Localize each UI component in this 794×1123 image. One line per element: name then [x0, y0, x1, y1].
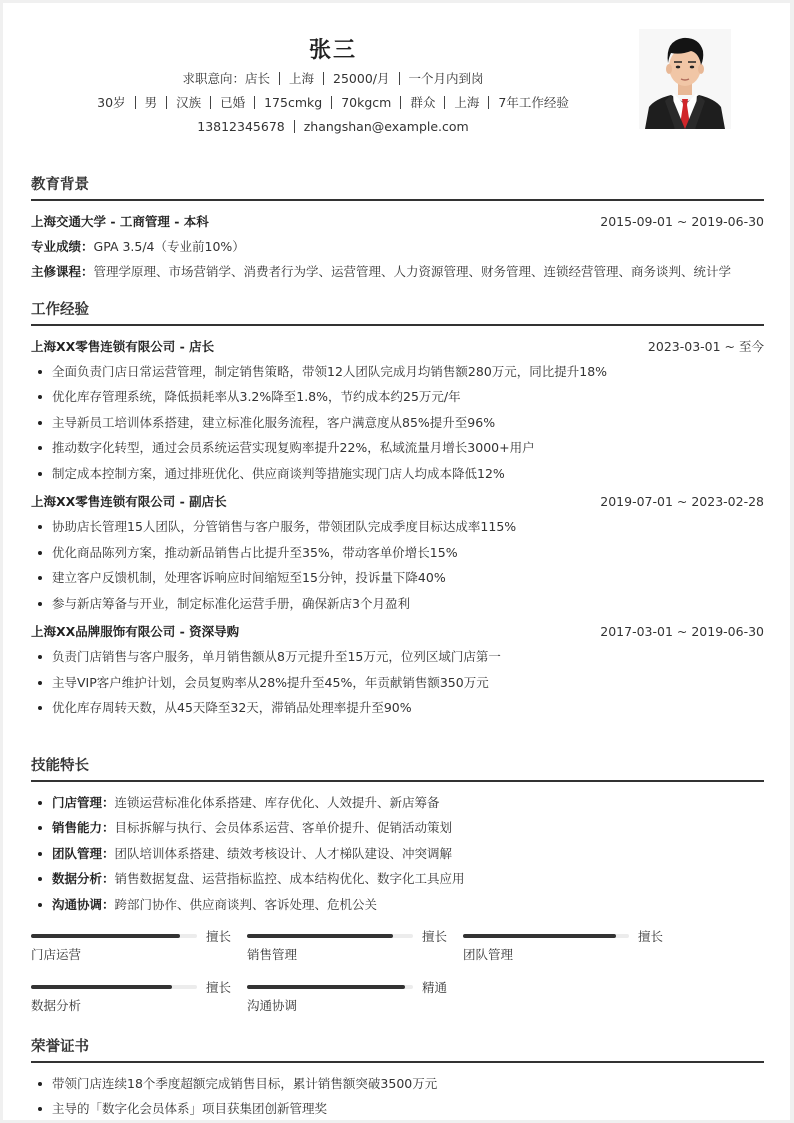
skill-bar: 精通 沟通协调 — [247, 979, 447, 1019]
intent-city: 上海 — [289, 71, 314, 86]
divider — [323, 72, 324, 85]
avatar-icon — [639, 29, 731, 129]
progress-track — [463, 934, 629, 938]
info-height: 175cmkg — [264, 95, 322, 110]
skill-bars: 擅长 门店运营 擅长 销售管理 擅长 团队管理 擅长 数据分析 精通 沟通协调 — [31, 928, 764, 1018]
list-item: 主导新员工培训体系搭建，建立标准化服务流程，客户满意度从85%提升至96% — [31, 410, 764, 436]
list-item: 门店管理：连锁运营标准化体系搭建、库存优化、人效提升、新店筹备 — [31, 790, 764, 816]
skill-name: 销售管理 — [247, 945, 297, 963]
skill-name: 门店运营 — [31, 945, 81, 963]
section-divider — [31, 780, 764, 782]
list-item: 主导VIP客户维护计划，会员复购率从28%提升至45%，年贡献销售额350万元 — [31, 670, 764, 696]
skill-label: 数据分析： — [52, 871, 115, 886]
skill-label: 销售能力： — [52, 820, 115, 835]
courses-value: 管理学原理、市场营销学、消费者行为学、运营管理、人力资源管理、财务管理、连锁经营… — [94, 264, 732, 279]
list-item: 沟通协调：跨部门协作、供应商谈判、客诉处理、危机公关 — [31, 892, 764, 918]
list-item: 数据分析：销售数据复盘、运营指标监控、成本结构优化、数字化工具应用 — [31, 866, 764, 892]
skill-bar: 擅长 门店运营 — [31, 928, 231, 968]
job-header: 上海XX零售连锁有限公司 - 副店长 2019-07-01 ~ 2023-02-… — [31, 489, 764, 514]
section-title-work: 工作经验 — [31, 299, 764, 321]
info-location: 上海 — [454, 95, 479, 110]
progress-track — [31, 934, 197, 938]
list-item: 优化库存周转天数，从45天降至32天，滞销品处理率提升至90% — [31, 695, 764, 721]
info-political: 群众 — [410, 95, 435, 110]
skill-value: 销售数据复盘、运营指标监控、成本结构优化、数字化工具应用 — [115, 871, 465, 886]
skill-value: 跨部门协作、供应商谈判、客诉处理、危机公关 — [115, 897, 378, 912]
divider — [294, 120, 295, 133]
skill-name: 沟通协调 — [247, 996, 297, 1014]
info-age: 30岁 — [97, 95, 125, 110]
job-bullets: 全面负责门店日常运营管理，制定销售策略，带领12人团队完成月均销售额280万元，… — [31, 359, 764, 487]
skill-label: 沟通协调： — [52, 897, 115, 912]
list-item: 建立客户反馈机制，处理客诉响应时间缩短至15分钟，投诉量下降40% — [31, 565, 764, 591]
personal-info-line: 30岁男汉族已婚175cmkg70kgcm群众上海7年工作经验 — [3, 94, 663, 112]
skill-bar: 擅长 销售管理 — [247, 928, 447, 968]
job-header: 上海XX品牌服饰有限公司 - 资深导购 2017-03-01 ~ 2019-06… — [31, 619, 764, 644]
gpa-line: 专业成绩：GPA 3.5/4（专业前10%） — [31, 234, 764, 259]
divider — [488, 96, 489, 109]
divider — [135, 96, 136, 109]
skill-level: 擅长 — [206, 978, 231, 996]
list-item: 团队管理：团队培训体系搭建、绩效考核设计、人才梯队建设、冲突调解 — [31, 841, 764, 867]
phone-number: 13812345678 — [197, 119, 284, 134]
progress-track — [247, 985, 413, 989]
honor-list: 带领门店连续18个季度超额完成销售目标，累计销售额突破3500万元 主导的「数字… — [31, 1071, 764, 1121]
list-item: 主导的「数字化会员体系」项目获集团创新管理奖 — [31, 1096, 764, 1120]
progress-fill — [31, 985, 172, 989]
list-item: 销售能力：目标拆解与执行、会员体系运营、客单价提升、促销活动策划 — [31, 815, 764, 841]
resume-header: 张三 求职意向：店长上海25000/月一个月内到岗 30岁男汉族已婚175cmk… — [3, 3, 790, 153]
job-bullets: 负责门店销售与客户服务，单月销售额从8万元提升至15万元，位列区域门店第一 主导… — [31, 644, 764, 721]
skill-level: 精通 — [422, 978, 447, 996]
section-divider — [31, 1061, 764, 1063]
courses-label: 主修课程： — [31, 264, 94, 279]
list-item: 带领门店连续18个季度超额完成销售目标，累计销售额突破3500万元 — [31, 1071, 764, 1097]
honors-section: 荣誉证书 带领门店连续18个季度超额完成销售目标，累计销售额突破3500万元 主… — [31, 1036, 764, 1120]
divider — [400, 96, 401, 109]
skill-label: 门店管理： — [52, 795, 115, 810]
divider — [166, 96, 167, 109]
info-ethnicity: 汉族 — [176, 95, 201, 110]
section-divider — [31, 324, 764, 326]
skill-bar: 擅长 数据分析 — [31, 979, 231, 1019]
job-dates: 2017-03-01 ~ 2019-06-30 — [600, 619, 764, 644]
skill-level: 擅长 — [422, 927, 447, 945]
skill-level: 擅长 — [638, 927, 663, 945]
skill-label: 团队管理： — [52, 846, 115, 861]
list-item: 参与新店筹备与开业，制定标准化运营手册，确保新店3个月盈利 — [31, 591, 764, 617]
work-section: 工作经验 上海XX零售连锁有限公司 - 店长 2023-03-01 ~ 至今 全… — [31, 299, 764, 721]
section-title-honors: 荣誉证书 — [31, 1036, 764, 1058]
contact-line: 13812345678zhangshan@example.com — [3, 118, 663, 136]
divider — [279, 72, 280, 85]
skills-section: 技能特长 门店管理：连锁运营标准化体系搭建、库存优化、人效提升、新店筹备 销售能… — [31, 755, 764, 917]
info-weight: 70kgcm — [341, 95, 391, 110]
info-marital: 已婚 — [220, 95, 245, 110]
list-item: 负责门店销售与客户服务，单月销售额从8万元提升至15万元，位列区域门店第一 — [31, 644, 764, 670]
divider — [331, 96, 332, 109]
job-dates: 2019-07-01 ~ 2023-02-28 — [600, 489, 764, 514]
courses-line: 主修课程：管理学原理、市场营销学、消费者行为学、运营管理、人力资源管理、财务管理… — [31, 259, 764, 284]
progress-fill — [247, 934, 393, 938]
divider — [210, 96, 211, 109]
education-entry-header: 上海交通大学 - 工商管理 - 本科 2015-09-01 ~ 2019-06-… — [31, 209, 764, 234]
list-item: 优化库存管理系统，降低损耗率从3.2%降至1.8%，节约成本约25万元/年 — [31, 384, 764, 410]
divider — [254, 96, 255, 109]
section-title-education: 教育背景 — [31, 174, 764, 196]
intent-position: 求职意向：店长 — [182, 71, 270, 86]
job-title: 上海XX零售连锁有限公司 - 副店长 — [31, 489, 227, 514]
progress-fill — [463, 934, 616, 938]
section-divider — [31, 199, 764, 201]
list-item: 优化商品陈列方案，推动新品销售占比提升至35%，带动客单价增长15% — [31, 540, 764, 566]
progress-track — [31, 985, 197, 989]
skill-name: 数据分析 — [31, 996, 81, 1014]
skill-list: 门店管理：连锁运营标准化体系搭建、库存优化、人效提升、新店筹备 销售能力：目标拆… — [31, 790, 764, 918]
section-title-skills: 技能特长 — [31, 755, 764, 777]
avatar-photo — [639, 29, 731, 129]
intent-availability: 一个月内到岗 — [409, 71, 484, 86]
education-dates: 2015-09-01 ~ 2019-06-30 — [600, 209, 764, 234]
job-title: 上海XX零售连锁有限公司 - 店长 — [31, 334, 214, 359]
progress-fill — [247, 985, 405, 989]
skill-name: 团队管理 — [463, 945, 513, 963]
school-line: 上海交通大学 - 工商管理 - 本科 — [31, 209, 209, 234]
intent-salary: 25000/月 — [333, 71, 389, 86]
email-address[interactable]: zhangshan@example.com — [304, 119, 469, 134]
skill-value: 团队培训体系搭建、绩效考核设计、人才梯队建设、冲突调解 — [115, 846, 453, 861]
info-gender: 男 — [145, 95, 158, 110]
info-experience: 7年工作经验 — [498, 95, 568, 110]
job-dates: 2023-03-01 ~ 至今 — [648, 334, 764, 359]
gpa-label: 专业成绩： — [31, 239, 94, 254]
divider — [444, 96, 445, 109]
progress-track — [247, 934, 413, 938]
skill-level: 擅长 — [206, 927, 231, 945]
skill-value: 目标拆解与执行、会员体系运营、客单价提升、促销活动策划 — [115, 820, 453, 835]
list-item: 全面负责门店日常运营管理，制定销售策略，带领12人团队完成月均销售额280万元，… — [31, 359, 764, 385]
job-intent-line: 求职意向：店长上海25000/月一个月内到岗 — [3, 70, 663, 88]
resume-page: 张三 求职意向：店长上海25000/月一个月内到岗 30岁男汉族已婚175cmk… — [3, 3, 790, 1120]
candidate-name: 张三 — [3, 33, 663, 64]
education-section: 教育背景 上海交通大学 - 工商管理 - 本科 2015-09-01 ~ 201… — [31, 174, 764, 284]
gpa-value: GPA 3.5/4（专业前10%） — [94, 239, 245, 254]
skill-bar: 擅长 团队管理 — [463, 928, 663, 968]
list-item: 制定成本控制方案，通过排班优化、供应商谈判等措施实现门店人均成本降低12% — [31, 461, 764, 487]
list-item: 协助店长管理15人团队，分管销售与客户服务，带领团队完成季度目标达成率115% — [31, 514, 764, 540]
job-bullets: 协助店长管理15人团队，分管销售与客户服务，带领团队完成季度目标达成率115% … — [31, 514, 764, 616]
skill-value: 连锁运营标准化体系搭建、库存优化、人效提升、新店筹备 — [115, 795, 440, 810]
list-item: 推动数字化转型，通过会员系统运营实现复购率提升22%，私域流量月增长3000+用… — [31, 435, 764, 461]
divider — [399, 72, 400, 85]
job-title: 上海XX品牌服饰有限公司 - 资深导购 — [31, 619, 239, 644]
job-header: 上海XX零售连锁有限公司 - 店长 2023-03-01 ~ 至今 — [31, 334, 764, 359]
progress-fill — [31, 934, 180, 938]
